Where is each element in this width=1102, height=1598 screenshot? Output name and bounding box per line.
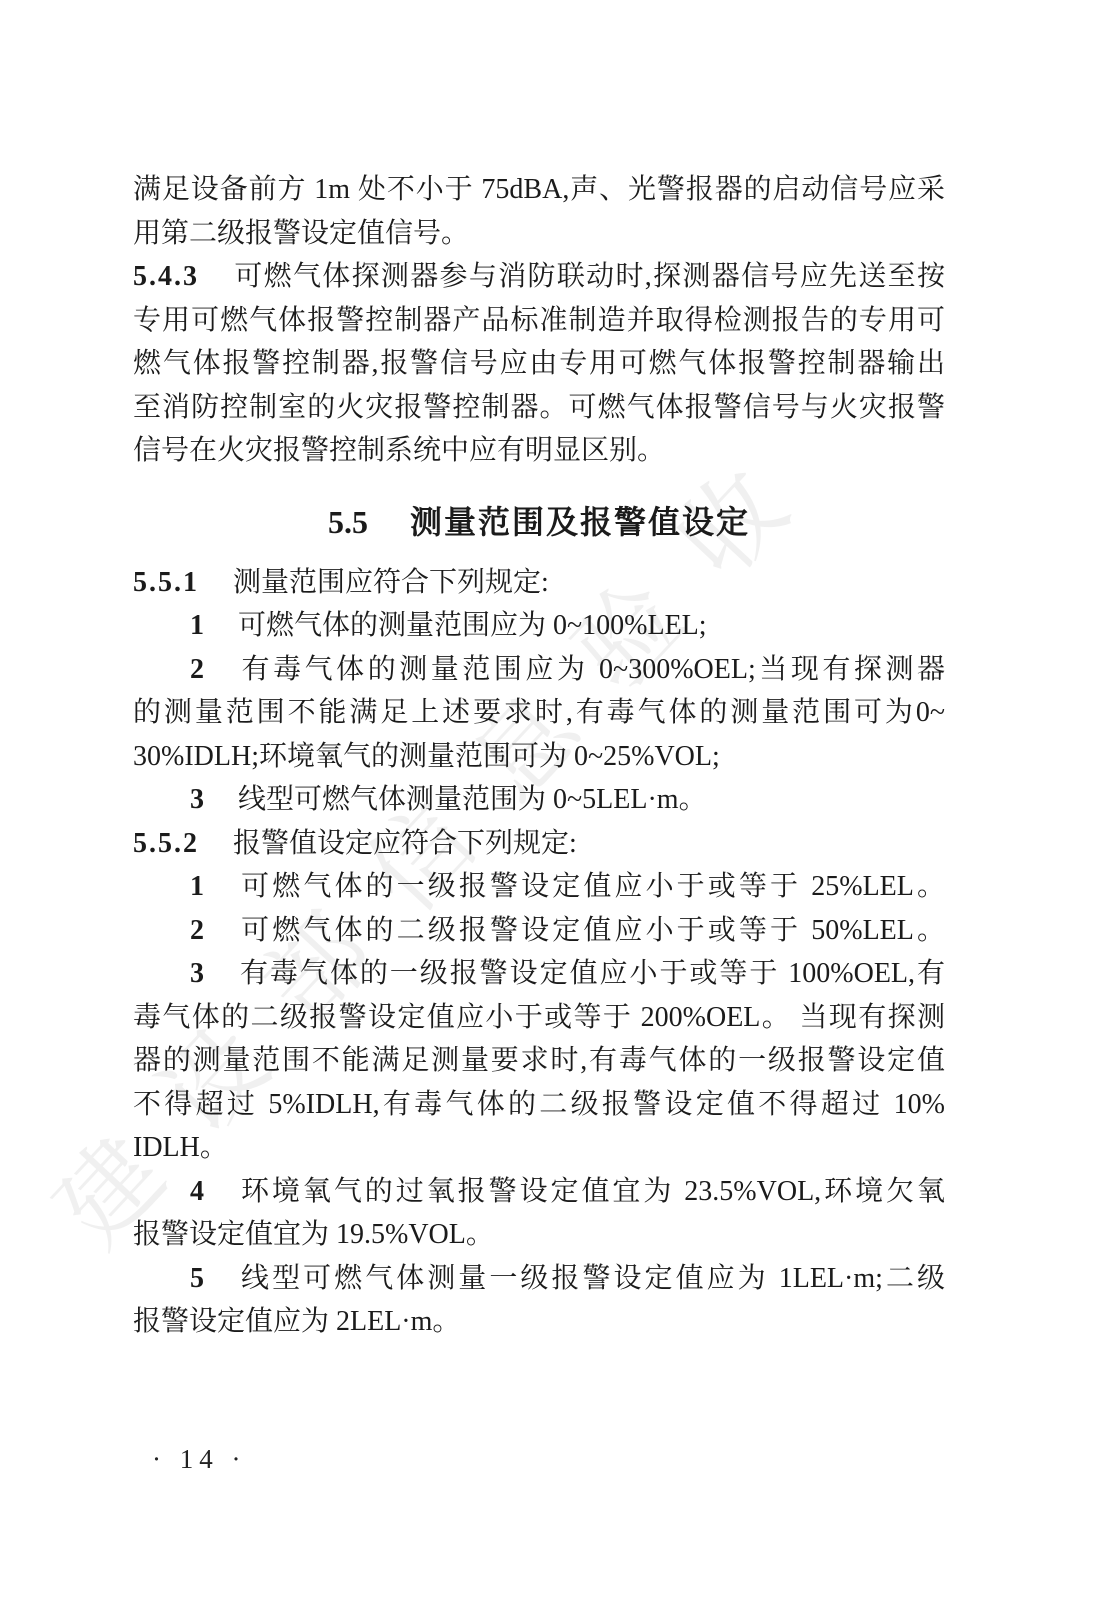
line-text: 线型可燃气体测量范围为 0~5LEL·m。	[238, 784, 707, 815]
item-number: 3	[190, 958, 204, 989]
line-text: 测量范围及报警值设定	[410, 504, 750, 540]
item-number: 3	[190, 784, 204, 815]
line-text: 可燃气体的一级报警设定值应小于或等于 25%LEL。	[238, 871, 945, 902]
text-line: 报警设定值宜为 19.5%VOL。	[133, 1213, 945, 1257]
line-text: IDLH。	[133, 1132, 228, 1163]
item-number: 5	[190, 1263, 204, 1294]
text-line: 报警设定值应为 2LEL·m。	[133, 1300, 945, 1344]
line-text: 报警设定值宜为 19.5%VOL。	[133, 1219, 494, 1250]
line-text: 有毒气体的测量范围应为 0~300%OEL;当现有探测器	[238, 654, 945, 685]
clause-number: 5.5	[328, 504, 368, 540]
line-text: 专用可燃气体报警控制器产品标准制造并取得检测报告的专用可	[133, 305, 945, 336]
line-text: 毒气体的二级报警设定值应小于或等于 200%OEL。 当现有探测	[133, 1002, 945, 1033]
section-heading: 5.5测量范围及报警值设定	[133, 500, 945, 544]
text-line: 3有毒气体的一级报警设定值应小于或等于 100%OEL,有	[133, 952, 945, 996]
line-text: 测量范围应符合下列规定:	[233, 567, 549, 598]
text-line: 满足设备前方 1m 处不小于 75dBA,声、光警报器的启动信号应采	[133, 168, 945, 212]
text-line: IDLH。	[133, 1126, 945, 1170]
item-number: 1	[190, 871, 204, 902]
line-text: 线型可燃气体测量一级报警设定值应为 1LEL·m;二级	[238, 1263, 945, 1294]
page-number: · 14 ·	[152, 1444, 246, 1475]
line-text: 环境氧气的过氧报警设定值宜为 23.5%VOL,环境欠氧	[238, 1176, 945, 1207]
text-line: 2有毒气体的测量范围应为 0~300%OEL;当现有探测器	[133, 648, 945, 692]
text-line: 的测量范围不能满足上述要求时,有毒气体的测量范围可为0~	[133, 691, 945, 735]
text-line: 器的测量范围不能满足测量要求时,有毒气体的一级报警设定值	[133, 1039, 945, 1083]
text-line: 专用可燃气体报警控制器产品标准制造并取得检测报告的专用可	[133, 299, 945, 343]
text-line: 用第二级报警设定值信号。	[133, 212, 945, 256]
line-text: 用第二级报警设定值信号。	[133, 218, 469, 249]
text-line: 5.5.1测量范围应符合下列规定:	[133, 561, 945, 605]
text-line: 5线型可燃气体测量一级报警设定值应为 1LEL·m;二级	[133, 1257, 945, 1301]
clause-number: 5.5.2	[133, 828, 199, 859]
item-number: 2	[190, 915, 204, 946]
line-text: 可燃气体的测量范围应为 0~100%LEL;	[238, 610, 707, 641]
text-line: 5.5.2报警值设定应符合下列规定:	[133, 822, 945, 866]
item-number: 4	[190, 1176, 204, 1207]
line-text: 满足设备前方 1m 处不小于 75dBA,声、光警报器的启动信号应采	[133, 174, 945, 205]
line-text: 报警设定值应为 2LEL·m。	[133, 1306, 460, 1337]
line-text: 器的测量范围不能满足测量要求时,有毒气体的一级报警设定值	[133, 1045, 945, 1076]
text-line: 不得超过 5%IDLH,有毒气体的二级报警设定值不得超过 10%	[133, 1083, 945, 1127]
line-text: 至消防控制室的火灾报警控制器。可燃气体报警信号与火灾报警	[133, 392, 945, 423]
text-line: 5.4.3可燃气体探测器参与消防联动时,探测器信号应先送至按	[133, 255, 945, 299]
document-page: 建设部信息验收 满足设备前方 1m 处不小于 75dBA,声、光警报器的启动信号…	[0, 0, 1102, 1598]
text-line: 燃气体报警控制器,报警信号应由专用可燃气体报警控制器输出	[133, 342, 945, 386]
line-text: 燃气体报警控制器,报警信号应由专用可燃气体报警控制器输出	[133, 348, 945, 379]
text-line: 30%IDLH;环境氧气的测量范围可为 0~25%VOL;	[133, 735, 945, 779]
text-line: 信号在火灾报警控制系统中应有明显区别。	[133, 429, 945, 473]
line-text: 有毒气体的一级报警设定值应小于或等于 100%OEL,有	[238, 958, 945, 989]
text-line: 至消防控制室的火灾报警控制器。可燃气体报警信号与火灾报警	[133, 386, 945, 430]
item-number: 1	[190, 610, 204, 641]
line-text: 的测量范围不能满足上述要求时,有毒气体的测量范围可为0~	[133, 697, 945, 728]
text-line: 2可燃气体的二级报警设定值应小于或等于 50%LEL。	[133, 909, 945, 953]
text-line: 3线型可燃气体测量范围为 0~5LEL·m。	[133, 778, 945, 822]
line-text: 30%IDLH;环境氧气的测量范围可为 0~25%VOL;	[133, 741, 720, 772]
text-line: 4环境氧气的过氧报警设定值宜为 23.5%VOL,环境欠氧	[133, 1170, 945, 1214]
clause-number: 5.5.1	[133, 567, 199, 598]
item-number: 2	[190, 654, 204, 685]
text-line: 毒气体的二级报警设定值应小于或等于 200%OEL。 当现有探测	[133, 996, 945, 1040]
document-body: 满足设备前方 1m 处不小于 75dBA,声、光警报器的启动信号应采用第二级报警…	[133, 168, 945, 1344]
line-text: 报警值设定应符合下列规定:	[233, 828, 577, 859]
line-text: 可燃气体的二级报警设定值应小于或等于 50%LEL。	[238, 915, 945, 946]
line-text: 不得超过 5%IDLH,有毒气体的二级报警设定值不得超过 10%	[133, 1089, 945, 1120]
text-line: 1可燃气体的测量范围应为 0~100%LEL;	[133, 604, 945, 648]
text-line: 1可燃气体的一级报警设定值应小于或等于 25%LEL。	[133, 865, 945, 909]
line-text: 信号在火灾报警控制系统中应有明显区别。	[133, 435, 665, 466]
clause-number: 5.4.3	[133, 261, 199, 292]
line-text: 可燃气体探测器参与消防联动时,探测器信号应先送至按	[233, 261, 945, 292]
